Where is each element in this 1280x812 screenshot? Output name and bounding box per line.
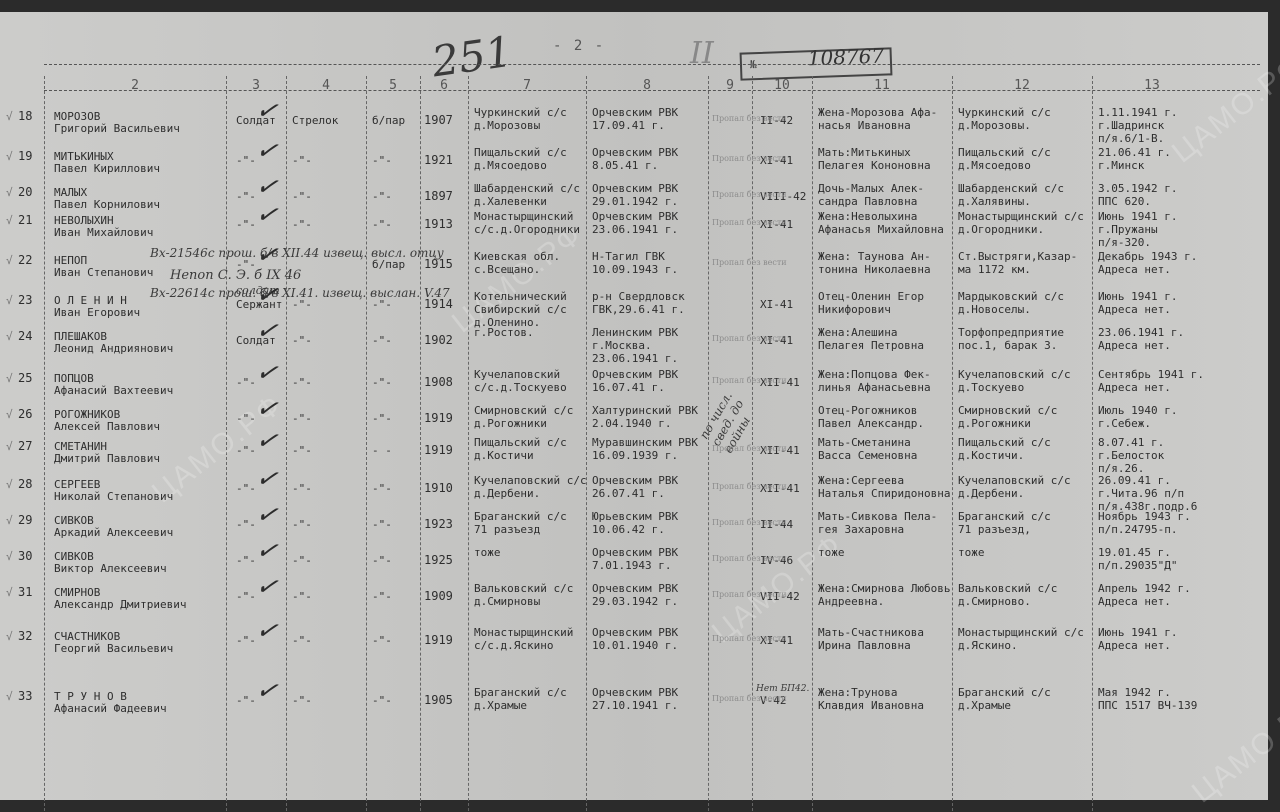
position: -"- <box>292 334 312 347</box>
column-divider <box>420 76 421 812</box>
last-info: Сентябрь 1941 г. Адреса нет. <box>1098 368 1204 394</box>
given-name: Иван Степанович <box>54 266 153 279</box>
birth-year: 1902 <box>424 334 453 347</box>
relative-address: Чуркинский с/с д.Морозовы. <box>958 106 1051 132</box>
checkmark-icon: ✓ <box>254 674 281 707</box>
column-header: 9 <box>708 78 752 93</box>
last-info: 1.11.1941 г. г.Шадринск п/я.6/1-В. <box>1098 106 1177 145</box>
last-info: Ноябрь 1943 г. п/п.24795-п. <box>1098 510 1191 536</box>
given-name: Леонид Андриянович <box>54 342 173 355</box>
unit: -"- <box>372 334 392 347</box>
unit: -"- <box>372 190 392 203</box>
birth-year: 1913 <box>424 218 453 231</box>
row-number: 20 <box>18 186 32 199</box>
missing-status: Пропал без вести <box>712 376 787 385</box>
birthplace: Кучелаповский с/с д.Дербени. <box>474 474 587 500</box>
drafted-by: Орчевским РВК 8.05.41 г. <box>592 146 678 172</box>
missing-status: Пропал без вести <box>712 634 787 643</box>
stamp-number: 108767 <box>807 44 884 71</box>
missing-status: Пропал без вести <box>712 518 787 527</box>
date-note: Нет БП42. <box>756 684 809 694</box>
document-page: - 2 - 251 II № 108767 2 3 4 5 6 7 8 9 10… <box>0 12 1268 800</box>
missing-status: Пропал без вести <box>712 334 787 343</box>
checkmark-icon: ✓ <box>254 614 281 647</box>
relative: Жена:Попцова Фек- линья Афанасьевна <box>818 368 931 394</box>
birth-year: 1909 <box>424 590 453 603</box>
watermark: ЦАМО.РФ <box>1186 688 1280 810</box>
drafted-by: Орчевским РВК 29.01.1942 г. <box>592 182 678 208</box>
margin-check-icon: √ <box>6 214 13 227</box>
column-header: 2 <box>44 78 226 93</box>
unit: -"- <box>372 554 392 567</box>
row-number: 26 <box>18 408 32 421</box>
last-info: Июнь 1941 г. Адреса нет. <box>1098 626 1177 652</box>
last-info: 8.07.41 г. г.Белосток п/я.26. <box>1098 436 1164 475</box>
position: -"- <box>292 634 312 647</box>
handwritten-mark: II <box>690 36 714 71</box>
last-info: Мая 1942 г. ППС 1517 ВЧ-139 <box>1098 686 1197 712</box>
relative-address: Мардыковский с/с д.Новоселы. <box>958 290 1064 316</box>
unit: -"- <box>372 694 392 707</box>
column-header: 6 <box>420 78 468 93</box>
birthplace: Вальковский с/с д.Смирновы <box>474 582 573 608</box>
given-name: Алексей Павлович <box>54 420 160 433</box>
margin-check-icon: √ <box>6 372 13 385</box>
column-divider <box>468 76 469 812</box>
column-divider <box>812 76 813 812</box>
margin-check-icon: √ <box>6 478 13 491</box>
rank: -"- <box>236 634 256 647</box>
position: -"- <box>292 190 312 203</box>
relative: Мать-Сметанина Васса Семеновна <box>818 436 917 462</box>
birthplace: Монастырщинский с/с.д.Огородники <box>474 210 580 236</box>
relative: Мать-Сивкова Пела- гея Захаровна <box>818 510 937 536</box>
drafted-by: Орчевским РВК 10.01.1940 г. <box>592 626 678 652</box>
relative-address: Вальковский с/с д.Смирново. <box>958 582 1057 608</box>
last-info: Декабрь 1943 г. Адреса нет. <box>1098 250 1197 276</box>
birthplace: Монастырщинский с/с.д.Яскино <box>474 626 573 652</box>
relative-address: Браганский с/с 71 разъезд, <box>958 510 1051 536</box>
unit: б/пар <box>372 114 405 127</box>
row-number: 31 <box>18 586 32 599</box>
drafted-by: Орчевским РВК 7.01.1943 г. <box>592 546 678 572</box>
unit: -"- <box>372 634 392 647</box>
column-header: 11 <box>812 78 952 93</box>
checkmark-icon: ✓ <box>254 356 281 389</box>
rank: -"- <box>236 518 256 531</box>
rank: -"- <box>236 412 256 425</box>
column-header: 7 <box>468 78 586 93</box>
rank: -"- <box>236 554 256 567</box>
rank: -"- <box>236 444 256 457</box>
row-number: 19 <box>18 150 32 163</box>
position: -"- <box>292 376 312 389</box>
rank: -"- <box>236 482 256 495</box>
birth-year: 1905 <box>424 694 453 707</box>
last-info: Июнь 1941 г. Адреса нет. <box>1098 290 1177 316</box>
column-divider <box>366 76 367 812</box>
missing-status: Пропал без вести <box>712 694 787 703</box>
unit: -"- <box>372 376 392 389</box>
birthplace: Шабарденский с/с д.Халевенки <box>474 182 580 208</box>
position: -"- <box>292 554 312 567</box>
margin-check-icon: √ <box>6 408 13 421</box>
rank: -"- <box>236 190 256 203</box>
last-info: Июль 1940 г. г.Себеж. <box>1098 404 1177 430</box>
unit: -"- <box>372 218 392 231</box>
position: -"- <box>292 482 312 495</box>
given-name: Георгий Васильевич <box>54 642 173 655</box>
rank: -"- <box>236 218 256 231</box>
checkmark-icon: ✓ <box>254 94 281 127</box>
checkmark-icon: ✓ <box>254 462 281 495</box>
relative: Мать-Счастникова Ирина Павловна <box>818 626 924 652</box>
column-divider <box>286 76 287 812</box>
row-number: 33 <box>18 690 32 703</box>
missing-status: Пропал без вести <box>712 218 787 227</box>
given-name: Иван Егорович <box>54 306 140 319</box>
checkmark-icon: ✓ <box>254 238 281 271</box>
birthplace: Кучелаповский с/с.д.Тоскуево <box>474 368 567 394</box>
row-number: 23 <box>18 294 32 307</box>
row-number: 18 <box>18 110 32 123</box>
margin-check-icon: √ <box>6 550 13 563</box>
table-top-border <box>44 64 1260 65</box>
relative-address: Шабарденский с/с д.Халявины. <box>958 182 1064 208</box>
birth-year: 1897 <box>424 190 453 203</box>
relative: Жена-Морозова Афа- насья Ивановна <box>818 106 937 132</box>
rank: -"- <box>236 376 256 389</box>
relative-address: Ст.Выстряги,Казар- ма 1172 км. <box>958 250 1077 276</box>
relative: Отец-Оленин Егор Никифорович <box>818 290 924 316</box>
position: -"- <box>292 218 312 231</box>
last-info: 26.09.41 г. г.Чита.96 п/п п/я.438г.подр.… <box>1098 474 1197 513</box>
relative: тоже <box>818 546 845 559</box>
unit: -"- <box>372 412 392 425</box>
given-name: Павел Корнилович <box>54 198 160 211</box>
rank: -"- <box>236 590 256 603</box>
row-number: 29 <box>18 514 32 527</box>
row-number: 24 <box>18 330 32 343</box>
unit: -"- <box>372 518 392 531</box>
last-info: 21.06.41 г. г.Минск <box>1098 146 1171 172</box>
missing-status: Пропал без вести <box>712 258 787 267</box>
birthplace: Котельнический Свибирский с/с д.Оленино. <box>474 290 567 329</box>
last-info: 19.01.45 г. п/п.29035"Д" <box>1098 546 1177 572</box>
relative: Жена:Неволыхина Афанасья Михайловна <box>818 210 944 236</box>
birth-year: 1923 <box>424 518 453 531</box>
column-divider <box>1092 76 1093 812</box>
birthplace: Браганский с/с 71 разъезд <box>474 510 567 536</box>
given-name: Александр Дмитриевич <box>54 598 186 611</box>
row-number: 28 <box>18 478 32 491</box>
column-divider <box>586 76 587 812</box>
position: -"- <box>292 694 312 707</box>
drafted-by: Орчевским РВК 16.07.41 г. <box>592 368 678 394</box>
missing-status: Пропал без вести <box>712 554 787 563</box>
birth-year: 1919 <box>424 412 453 425</box>
margin-check-icon: √ <box>6 514 13 527</box>
checkmark-icon: ✓ <box>254 198 281 231</box>
relative: Жена:Алешина Пелагея Петровна <box>818 326 924 352</box>
position: -"- <box>292 154 312 167</box>
relative-address: Пищальский с/с д.Мясоедово <box>958 146 1051 172</box>
missing-status: Пропал без вести <box>712 114 787 123</box>
handwritten-note: Непоп С. Э. б IX 46 <box>170 268 301 283</box>
drafted-by: Орчевским РВК 17.09.41 г. <box>592 106 678 132</box>
column-header: 13 <box>1092 78 1212 93</box>
given-name: Дмитрий Павлович <box>54 452 160 465</box>
drafted-by: Халтуринский РВК 2.04.1940 г. <box>592 404 698 430</box>
column-header: 3 <box>226 78 286 93</box>
relative-address: Кучелаповский с/с д.Дербени. <box>958 474 1071 500</box>
last-info: Июнь 1941 г. г.Пружаны п/я-320. <box>1098 210 1177 249</box>
relative-address: Кучелаповский с/с д.Тоскуево <box>958 368 1071 394</box>
column-divider <box>952 76 953 812</box>
relative: Жена:Трунова Клавдия Ивановна <box>818 686 924 712</box>
checkmark-icon: ✓ <box>254 534 281 567</box>
birth-year: 1907 <box>424 114 453 127</box>
birthplace: Чуркинский с/с д.Морозовы <box>474 106 567 132</box>
birthplace: Киевская обл. с.Всещано. <box>474 250 560 276</box>
column-header: 8 <box>586 78 708 93</box>
last-info: 23.06.1941 г. Адреса нет. <box>1098 326 1184 352</box>
position: -"- <box>292 412 312 425</box>
missing-status: Пропал без вести <box>712 190 787 199</box>
checkmark-icon: ✓ <box>254 424 281 457</box>
column-header: 10 <box>752 78 812 93</box>
drafted-by: Орчевским РВК 27.10.1941 г. <box>592 686 678 712</box>
rank: -"- <box>236 154 256 167</box>
watermark: ЦАМО.РФ <box>1166 48 1280 170</box>
margin-check-icon: √ <box>6 330 13 343</box>
relative: Мать:Митькиных Пелагея Кононовна <box>818 146 931 172</box>
margin-check-icon: √ <box>6 110 13 123</box>
relative-address: Смирновский с/с д.Рогожники <box>958 404 1057 430</box>
margin-check-icon: √ <box>6 440 13 453</box>
margin-check-icon: √ <box>6 294 13 307</box>
handwritten-note: Вх-21546с прош. б/в XII.44 извещ. высл. … <box>150 246 444 260</box>
birthplace: Пищальский с/с д.Мясоедово <box>474 146 567 172</box>
row-number: 30 <box>18 550 32 563</box>
drafted-by: Орчевским РВК 23.06.1941 г. <box>592 210 678 236</box>
row-number: 21 <box>18 214 32 227</box>
column-header: 5 <box>366 78 420 93</box>
drafted-by: Н-Тагил ГВК 10.09.1943 г. <box>592 250 678 276</box>
column-header: 4 <box>286 78 366 93</box>
margin-check-icon: √ <box>6 150 13 163</box>
margin-check-icon: √ <box>6 690 13 703</box>
given-name: Афанасий Вахтеевич <box>54 384 173 397</box>
drafted-by: Орчевским РВК 26.07.41 г. <box>592 474 678 500</box>
margin-check-icon: √ <box>6 186 13 199</box>
birthplace: г.Ростов. <box>474 326 534 339</box>
relative: Отец-Рогожников Павел Александр. <box>818 404 924 430</box>
birthplace: Смирновский с/с д.Рогожники <box>474 404 573 430</box>
position: -"- <box>292 444 312 457</box>
unit: - - <box>372 444 392 457</box>
relative: Жена:Сергеева Наталья Спиридоновна <box>818 474 950 500</box>
birthplace: Пищальский с/с д.Костичи <box>474 436 567 462</box>
checkmark-icon: ✓ <box>254 134 281 167</box>
unit: -"- <box>372 590 392 603</box>
relative-address: тоже <box>958 546 985 559</box>
missing-status: Пропал без вести <box>712 444 787 453</box>
relative-address: Монастырщинский с/с д.Яскино. <box>958 626 1084 652</box>
row-number: 25 <box>18 372 32 385</box>
birth-year: 1919 <box>424 444 453 457</box>
column-header: 12 <box>952 78 1092 93</box>
relative: Жена:Смирнова Любовь Андреевна. <box>818 582 950 608</box>
birth-year: 1921 <box>424 154 453 167</box>
rank: -"- <box>236 694 256 707</box>
missing-status: Пропал без вести <box>712 154 787 163</box>
unit: -"- <box>372 154 392 167</box>
relative: Дочь-Малых Алек- сандра Павловна <box>818 182 924 208</box>
last-info: Апрель 1942 г. Адреса нет. <box>1098 582 1191 608</box>
given-name: Григорий Васильевич <box>54 122 180 135</box>
column-divider <box>708 76 709 812</box>
missing-status: Пропал без вести <box>712 482 787 491</box>
column-divider <box>44 76 45 812</box>
relative-address: Пищальский с/с д.Костичи. <box>958 436 1051 462</box>
position: Стрелок <box>292 114 338 127</box>
missing-status: Пропал без вести <box>712 590 787 599</box>
page-number: - 2 - <box>553 38 605 54</box>
birth-year: 1908 <box>424 376 453 389</box>
margin-check-icon: √ <box>6 586 13 599</box>
handwritten-note: Вх-22614с прош. б/в XI.41. извещ. выслан… <box>150 286 450 300</box>
relative-address: Монастырщинский с/с д.Огородники. <box>958 210 1084 236</box>
checkmark-icon: ✓ <box>254 314 281 347</box>
birth-year: 1919 <box>424 634 453 647</box>
drafted-by: р-н Свердловск ГВК,29.6.41 г. <box>592 290 685 316</box>
drafted-by: Муравшинским РВК 16.09.1939 г. <box>592 436 698 462</box>
birthplace: тоже <box>474 546 501 559</box>
given-name: Николай Степанович <box>54 490 173 503</box>
given-name: Аркадий Алексеевич <box>54 526 173 539</box>
given-name: Павел Кириллович <box>54 162 160 175</box>
birth-year: 1925 <box>424 554 453 567</box>
checkmark-icon: ✓ <box>254 498 281 531</box>
row-number: 32 <box>18 630 32 643</box>
drafted-by: Орчевским РВК 29.03.1942 г. <box>592 582 678 608</box>
birthplace: Браганский с/с д.Храмые <box>474 686 567 712</box>
checkmark-icon: ✓ <box>254 570 281 603</box>
drafted-by: Юрьевским РВК 10.06.42 г. <box>592 510 678 536</box>
relative-address: Браганский с/с д.Храмые <box>958 686 1051 712</box>
position: -"- <box>292 590 312 603</box>
relative: Жена: Таунова Ан- тонина Николаевна <box>818 250 931 276</box>
given-name: Виктор Алексеевич <box>54 562 167 575</box>
given-name: Иван Михайлович <box>54 226 153 239</box>
row-number: 22 <box>18 254 32 267</box>
last-info: 3.05.1942 г. ППС 620. <box>1098 182 1177 208</box>
position: -"- <box>292 518 312 531</box>
unit: -"- <box>372 482 392 495</box>
row-number: 27 <box>18 440 32 453</box>
margin-check-icon: √ <box>6 254 13 267</box>
margin-check-icon: √ <box>6 630 13 643</box>
relative-address: Торфопредприятие пос.1, барак 3. <box>958 326 1064 352</box>
missing-date: XI-41 <box>760 298 793 311</box>
birth-year: 1910 <box>424 482 453 495</box>
given-name: Афанасий Фадеевич <box>54 702 167 715</box>
drafted-by: Ленинским РВК г.Москва. 23.06.1941 г. <box>592 326 678 365</box>
